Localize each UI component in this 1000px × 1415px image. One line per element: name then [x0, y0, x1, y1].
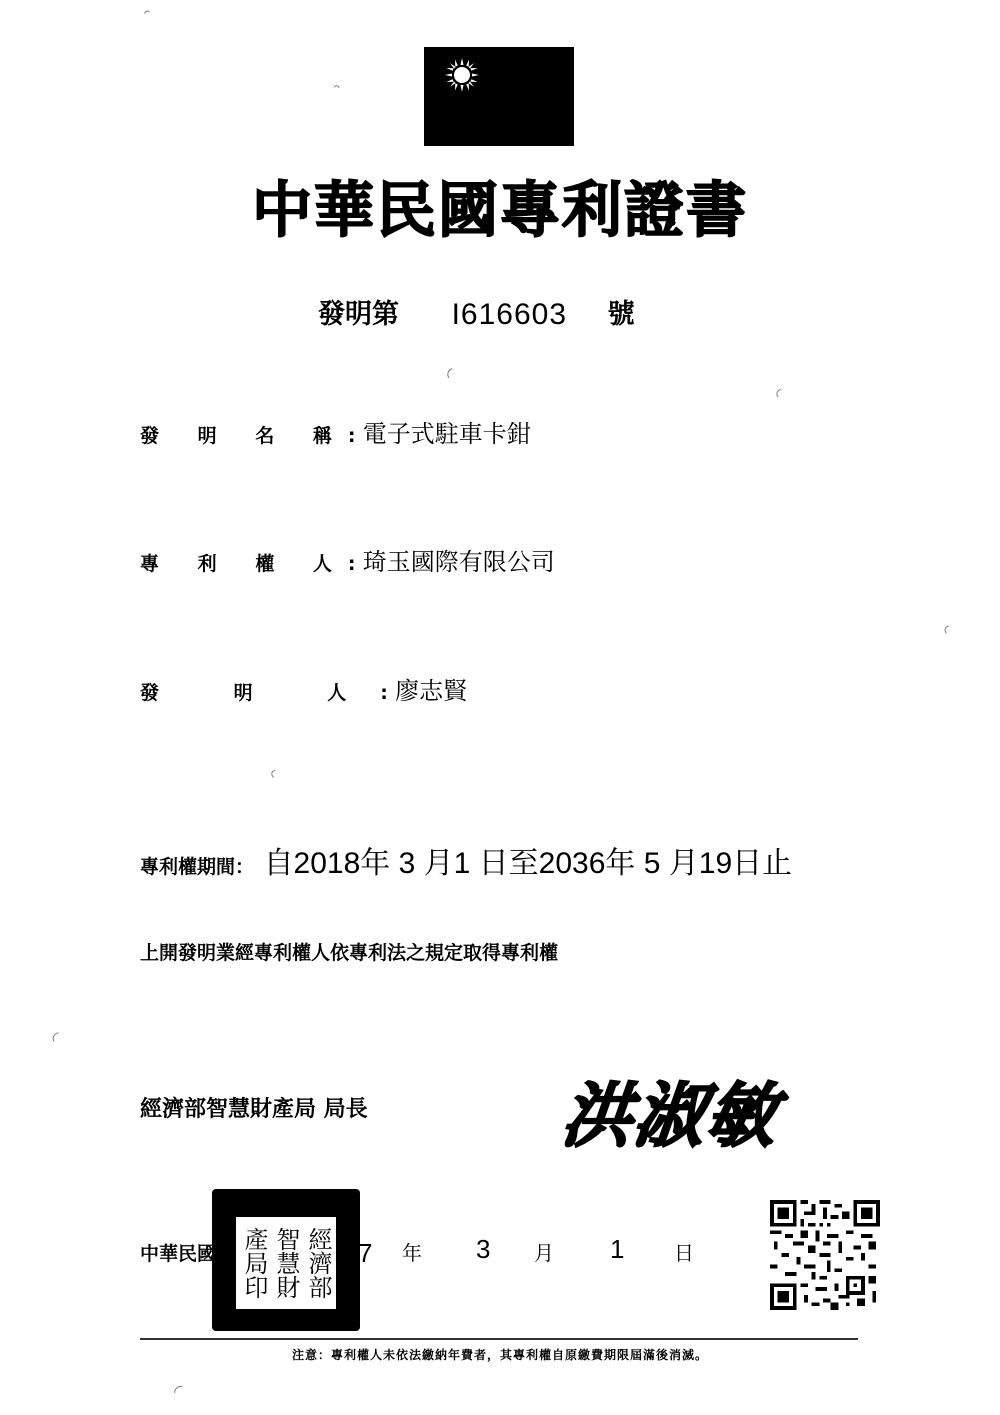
seal-face: 經濟部 智慧財 產局印	[236, 1217, 336, 1309]
issuing-office: 經濟部智慧財產局 局長	[140, 1094, 368, 1126]
issue-date-day: 1	[610, 1232, 624, 1266]
annual-fee-notice: 注意：專利權人未依法繳納年費者，其專利權自原繳費期限屆滿後消滅。	[0, 1346, 1000, 1364]
field-invention-name: 發 明 名 稱: 電子式駐車卡鉗	[140, 418, 531, 452]
grant-statement: 上開發明業經專利權人依專利法之規定取得專利權	[140, 938, 558, 968]
official-seal-icon: 經濟部 智慧財 產局印	[212, 1189, 360, 1331]
field-patentee: 專 利 權 人: 琦玉國際有限公司	[140, 546, 555, 580]
paper-speck	[170, 1382, 195, 1408]
patent-term-value: 自2018年 3 月1 日至2036年 5 月19日止	[264, 847, 793, 880]
field-colon: :	[348, 420, 356, 452]
issue-date-month-unit: 月	[534, 1236, 554, 1270]
issue-date-month: 3	[476, 1232, 490, 1266]
certificate-title: 中華民國專利證書	[0, 176, 1000, 246]
field-label: 發 明 人	[140, 677, 380, 709]
seal-column: 智慧財	[272, 1227, 300, 1299]
paper-speck	[445, 365, 471, 388]
patent-number-suffix: 號	[608, 297, 635, 333]
issue-date-row: 中華民國 7 年 3 月 1 日	[140, 1236, 216, 1271]
paper-speck	[270, 766, 304, 785]
patent-term: 專利權期間： 自2018年 3 月1 日至2036年 5 月19日止	[140, 844, 792, 887]
field-colon: :	[348, 548, 356, 580]
qr-code-icon[interactable]	[770, 1200, 880, 1310]
field-label: 發 明 名 稱	[140, 420, 348, 452]
paper-speck	[328, 84, 342, 109]
issue-date-era: 中華民國	[140, 1243, 216, 1265]
sun-icon	[444, 57, 480, 93]
field-value: 電子式駐車卡鉗	[363, 418, 531, 450]
patent-number-prefix: 發明第	[318, 297, 399, 333]
field-inventor: 發 明 人: 廖志賢	[140, 675, 467, 709]
paper-speck	[774, 386, 799, 407]
paper-speck	[49, 1029, 76, 1054]
field-colon: :	[380, 677, 388, 709]
notice-text: 注意：專利權人未依法繳納年費者，其專利權自原繳費期限屆滿後消滅。	[292, 1348, 708, 1362]
issue-date-year: 7	[358, 1236, 372, 1270]
paper-speck	[942, 622, 971, 644]
issue-date-day-unit: 日	[674, 1236, 694, 1270]
flag-emblem-icon	[424, 47, 574, 146]
field-value: 琦玉國際有限公司	[363, 546, 555, 578]
field-value: 廖志賢	[395, 675, 467, 707]
patent-number-row: 發明第 I616603 號	[318, 296, 635, 333]
seal-column: 經濟部	[304, 1227, 332, 1299]
divider	[140, 1338, 858, 1340]
seal-column: 產局印	[240, 1227, 268, 1299]
patent-number: I616603	[452, 297, 567, 333]
issue-date-year-unit: 年	[402, 1236, 422, 1270]
field-label: 專 利 權 人	[140, 548, 348, 580]
patent-term-label: 專利權期間：	[140, 856, 254, 878]
paper-speck	[142, 9, 159, 33]
director-signature: 洪淑敏	[558, 1076, 782, 1156]
